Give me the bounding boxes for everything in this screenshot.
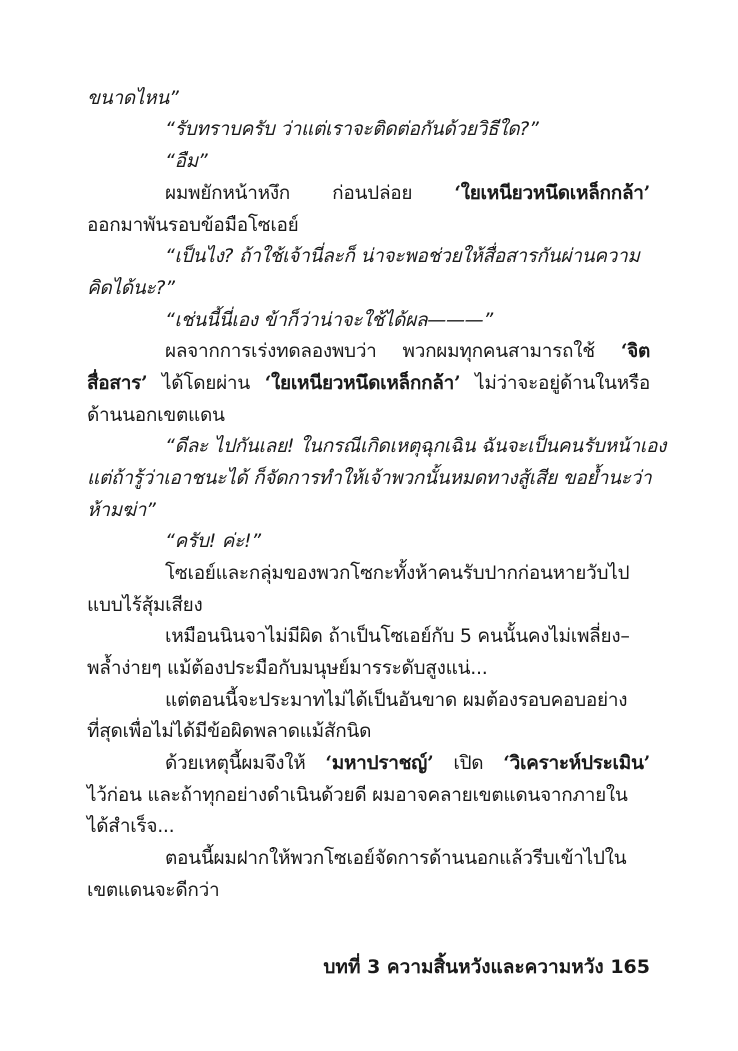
text-line: คิดได้นะ?” [87, 273, 650, 303]
dialogue-text: “ครับ! ค่ะ!” [165, 530, 261, 552]
dialogue-text: ขนาดไหน” [87, 87, 179, 109]
dialogue-text: “เป็นไง? ถ้าใช้เจ้านี่ละก็ น่าจะพอช่วยให… [165, 245, 640, 267]
narration-text: เปิด [453, 752, 483, 774]
skill-name: สื่อสาร’ [87, 372, 147, 394]
dialogue-text: “อืม” [165, 150, 207, 172]
text-line: ขนาดไหน” [87, 83, 650, 113]
text-line: สื่อสาร’ ได้โดยผ่าน ‘ใยเหนียวหนึดเหล็กกล… [87, 368, 650, 398]
text-line: ผมพยักหน้าหงึก ก่อนปล่อย ‘ใยเหนียวหนึดเห… [165, 178, 650, 208]
narration-text: แต่ตอนนี้จะประมาทไม่ได้เป็นอันขาด ผมต้อง… [165, 689, 627, 711]
narration-text: ด้านนอกเขตแดน [87, 404, 225, 426]
text-line: ไว้ก่อน และถ้าทุกอย่างดำเนินด้วยดี ผมอาจ… [87, 780, 650, 810]
text-line: “อืม” [165, 146, 650, 176]
dialogue-text: “เช่นนี้นี่เอง ข้าก็ว่าน่าจะใช้ได้ผล———” [165, 309, 493, 331]
narration-text: ผลจากการเร่งทดลองพบว่า พวกผมทุกคนสามารถใ… [165, 340, 595, 362]
narration-text: ด้วยเหตุนี้ผมจึงให้ [165, 752, 305, 774]
narration-text: โซเอย์และกลุ่มของพวกโซกะทั้งห้าคนรับปากก… [165, 562, 629, 584]
text-line: ตอนนี้ผมฝากให้พวกโซเอย์จัดการด้านนอกแล้ว… [165, 843, 650, 873]
text-line: “รับทราบครับ ว่าแต่เราจะติดต่อกันด้วยวิธ… [165, 114, 650, 144]
dialogue-text: ห้ามฆ่า” [87, 499, 156, 521]
skill-name: ‘มหาปราชญ์’ [325, 752, 433, 774]
dialogue-text: คิดได้นะ?” [87, 277, 175, 299]
narration-text: ที่สุดเพื่อไม่ได้มีข้อผิดพลาดแม้สักนิด [87, 720, 371, 742]
dialogue-text: “ดีละ ไปกันเลย! ในกรณีเกิดเหตุฉุกเฉิน ฉั… [165, 435, 666, 457]
narration-text: ได้สำเร็จ... [87, 815, 174, 837]
skill-name: ‘วิเคราะห์ประเมิน’ [503, 752, 650, 774]
narration-text: แบบไร้สุ้มเสียง [87, 594, 202, 616]
text-line: ห้ามฆ่า” [87, 495, 650, 525]
text-line: เขตแดนจะดีกว่า [87, 875, 650, 905]
skill-name: ‘ใยเหนียวหนึดเหล็กกล้า’ [454, 182, 650, 204]
narration-text: ตอนนี้ผมฝากให้พวกโซเอย์จัดการด้านนอกแล้ว… [165, 847, 626, 869]
text-line: ได้สำเร็จ... [87, 811, 650, 841]
book-page: ขนาดไหน” “รับทราบครับ ว่าแต่เราจะติดต่อก… [0, 0, 738, 1051]
narration-text: ออกมาพันรอบข้อมือโซเอย์ [87, 214, 298, 236]
page-footer: บทที่ 3 ความสิ้นหวังและความหวัง 165 [300, 952, 650, 982]
text-line: แต่ตอนนี้จะประมาทไม่ได้เป็นอันขาด ผมต้อง… [165, 685, 650, 715]
text-line: แต่ถ้ารู้ว่าเอาชนะได้ ก็จัดการทำให้เจ้าพ… [87, 463, 650, 493]
narration-text: เหมือนนินจาไม่มีผิด ถ้าเป็นโซเอย์กับ 5 ค… [165, 625, 630, 647]
text-line: โซเอย์และกลุ่มของพวกโซกะทั้งห้าคนรับปากก… [165, 558, 650, 588]
text-line: ด้านนอกเขตแดน [87, 400, 650, 430]
page-number: 165 [610, 956, 650, 978]
narration-text: พล้ำง่ายๆ แม้ต้องประมือกับมนุษย์มารระดับ… [87, 657, 487, 679]
text-line: เหมือนนินจาไม่มีผิด ถ้าเป็นโซเอย์กับ 5 ค… [165, 621, 650, 651]
text-line: “เช่นนี้นี่เอง ข้าก็ว่าน่าจะใช้ได้ผล———” [165, 305, 650, 335]
text-line: ที่สุดเพื่อไม่ได้มีข้อผิดพลาดแม้สักนิด [87, 716, 650, 746]
text-line: “ครับ! ค่ะ!” [165, 526, 650, 556]
text-line: “เป็นไง? ถ้าใช้เจ้านี่ละก็ น่าจะพอช่วยให… [165, 241, 650, 271]
text-line: ด้วยเหตุนี้ผมจึงให้ ‘มหาปราชญ์’ เปิด ‘วิ… [165, 748, 650, 778]
narration-text: ไม่ว่าจะอยู่ด้านในหรือ [475, 372, 650, 394]
skill-name: ‘ใยเหนียวหนึดเหล็กกล้า’ [265, 372, 461, 394]
narration-text: ได้โดยผ่าน [162, 372, 250, 394]
chapter-title: บทที่ 3 ความสิ้นหวังและความหวัง [323, 956, 603, 978]
skill-name: ‘จิต [621, 340, 650, 362]
narration-text: ไว้ก่อน และถ้าทุกอย่างดำเนินด้วยดี ผมอาจ… [87, 784, 628, 806]
text-line: “ดีละ ไปกันเลย! ในกรณีเกิดเหตุฉุกเฉิน ฉั… [165, 431, 650, 461]
text-line: ออกมาพันรอบข้อมือโซเอย์ [87, 210, 650, 240]
dialogue-text: “รับทราบครับ ว่าแต่เราจะติดต่อกันด้วยวิธ… [165, 118, 539, 140]
narration-text: เขตแดนจะดีกว่า [87, 879, 219, 901]
narration-text: ผมพยักหน้าหงึก ก่อนปล่อย [165, 182, 412, 204]
text-line: แบบไร้สุ้มเสียง [87, 590, 650, 620]
text-line: พล้ำง่ายๆ แม้ต้องประมือกับมนุษย์มารระดับ… [87, 653, 650, 683]
dialogue-text: แต่ถ้ารู้ว่าเอาชนะได้ ก็จัดการทำให้เจ้าพ… [87, 467, 651, 489]
text-line: ผลจากการเร่งทดลองพบว่า พวกผมทุกคนสามารถใ… [165, 336, 650, 366]
